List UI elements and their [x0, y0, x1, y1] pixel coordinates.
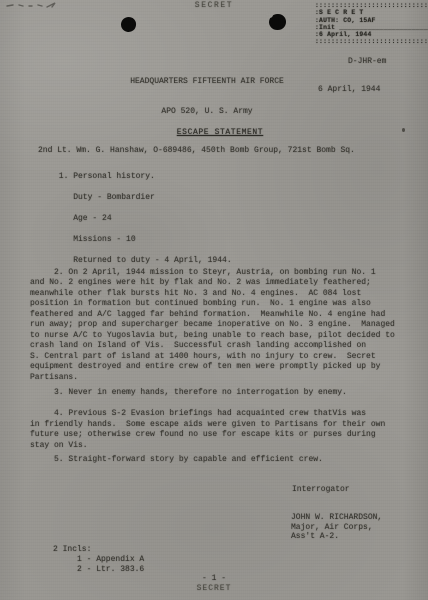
letterhead-apo-line: APO 520, U. S. Army [0, 107, 414, 117]
paragraph-3-enemy-hands: 3. Never in enemy hands, therefore no in… [30, 388, 347, 398]
enclosures-list: 2 Incls: 1 - Appendix A 2 - Ltr. 383.6 [53, 545, 144, 575]
paragraph-2-mission-account: 2. On 2 April, 1944 mission to Steyr, Au… [30, 268, 395, 383]
page-number: - 1 - [0, 574, 428, 584]
signature-block: JOHN W. RICHARDSON, Major, Air Corps, As… [291, 513, 382, 542]
interrogator-label: Interrogator [292, 485, 350, 495]
document-date: 6 April, 1944 [318, 85, 380, 95]
hole-punch-left [120, 16, 137, 33]
classification-footer: SECRET [0, 584, 428, 594]
paragraph-4-evasion-briefings: 4. Previous S-2 Evasion briefings had ac… [30, 409, 385, 452]
hole-punch-right [269, 14, 286, 30]
subject-line: 2nd Lt. Wm. G. Hanshaw, O-689486, 450th … [38, 146, 355, 156]
document-title: ESCAPE STATEMENT [6, 128, 428, 138]
hole-punch-notch [266, 12, 273, 18]
scanned-document-page: SECRET ::::::::::::::::::::::::::::: :S … [0, 0, 428, 600]
letterhead: HEADQUARTERS FIFTEENTH AIR FORCE APO 520… [0, 57, 414, 137]
ink-speck [402, 128, 405, 132]
paragraph-personal-history: 1. Personal history. Duty - Bombardier A… [30, 172, 232, 267]
secret-auth-stamp: ::::::::::::::::::::::::::::: :S E C R E… [315, 2, 428, 46]
paragraph-5-assessment: 5. Straight-forward story by capable and… [30, 455, 323, 465]
